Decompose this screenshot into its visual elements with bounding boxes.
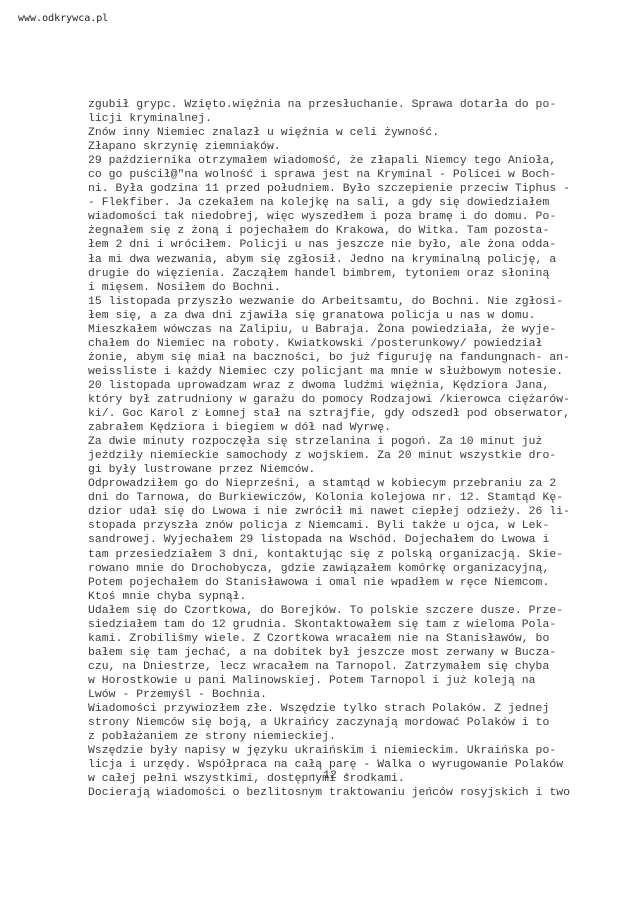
text-line: siedziałem tam do 12 grudnia. Skontaktow… (88, 618, 628, 632)
text-line: 20 listopada uprowadzam wraz z dwoma lud… (88, 379, 628, 393)
text-line: Wiadomości przywiozłem złe. Wszędzie tyl… (88, 702, 628, 716)
text-line: stopada przyszła znów policja z Niemcami… (88, 519, 628, 533)
text-line: dzior udał się do Lwowa i nie zwrócił mi… (88, 505, 628, 519)
text-line: kami. Zrobiliśmy wiele. Z Czortkowa wrac… (88, 632, 628, 646)
text-line: dni do Tarnowa, do Burkiewiczów, Kolonia… (88, 491, 628, 505)
text-line: i mięsem. Nosiłem do Bochni. (88, 281, 628, 295)
text-line: łem się, a za dwa dni zjawiła się granat… (88, 309, 628, 323)
text-line: zgubił grypс. Wzięto.więźnia na przesłuc… (88, 98, 628, 112)
text-line: wiadomości tak niedobrej, więc wyszedłem… (88, 210, 628, 224)
text-line: Docierają wiadomości o bezlitosnym trakt… (88, 786, 628, 800)
text-line: weissliste i każdy Niemiec czy policjant… (88, 365, 628, 379)
text-line: ni. Była godzina 11 przed południem. Był… (88, 182, 628, 196)
site-watermark: www.odkrywca.pl (18, 13, 108, 24)
text-line: tam przesiedziałem 3 dni, kontaktując si… (88, 548, 628, 562)
text-line: Odprowadziłem go do Nieprześni, a stamtą… (88, 477, 628, 491)
text-line: Wszędzie były napisy w języku ukraińskim… (88, 744, 628, 758)
text-line: chałem do Niemiec na roboty. Kwiatkowski… (88, 337, 628, 351)
text-line: Mieszkałem wówczas na Zalipiu, u Babraja… (88, 323, 628, 337)
text-line: Udałem się do Czortkowa, do Borejków. To… (88, 604, 628, 618)
text-line: czu, na Dniestrze, lecz wracałem na Tarn… (88, 660, 628, 674)
text-line: żegnałem się z żoną i pojechałem do Krak… (88, 224, 628, 238)
text-line: drugie do więzienia. Zacząłem handel bim… (88, 267, 628, 281)
text-line: jeździły niemieckie samochody z wojskiem… (88, 449, 628, 463)
typewritten-page-body: zgubił grypс. Wzięto.więźnia na przesłuc… (88, 98, 628, 800)
text-line: Potem pojechałem do Stanisławowa i omal … (88, 576, 628, 590)
text-line: strony Niemców się boją, a Ukraińcy zacz… (88, 716, 628, 730)
text-line: Za dwie minuty rozpoczęła się strzelanin… (88, 435, 628, 449)
text-line: Ktoś mnie chyba sypnął. (88, 590, 628, 604)
text-line: sandrowej. Wyjechałem 29 listopada na Ws… (88, 533, 628, 547)
text-line: ła mi dwa wezwania, abym się zgłosił. Je… (88, 253, 628, 267)
text-line: w Horostkowie u pani Malinowskiej. Potem… (88, 674, 628, 688)
text-line: - Flekfiber. Ja czekałem na kolejkę na s… (88, 196, 628, 210)
text-line: licji kryminalnej. (88, 112, 628, 126)
text-line: łem 2 dni i wróciłem. Policji u nas jesz… (88, 238, 628, 252)
text-line: ki/. Goc Karol z Łomnej stał na sztrajfi… (88, 407, 628, 421)
page-number: - 12 - (0, 770, 640, 782)
text-line: 15 listopada przyszło wezwanie do Arbeit… (88, 295, 628, 309)
text-line: z pobłażaniem ze strony niemieckiej. (88, 730, 628, 744)
text-line: rowano mnie do Drochobycza, gdzie zawiąz… (88, 562, 628, 576)
text-line: Złapano skrzynię ziemniaków. (88, 140, 628, 154)
text-line: gi były lustrowane przez Niemców. (88, 463, 628, 477)
text-line: zabrałem Kędziora i biegiem w dół nad Wy… (88, 421, 628, 435)
text-line: żonie, abym się miał na baczności, bo ju… (88, 351, 628, 365)
text-line: co go puścił@"na wolność i sprawa jest n… (88, 168, 628, 182)
text-line: 29 października otrzymałem wiadomość, że… (88, 154, 628, 168)
text-line: Znów inny Niemiec znalazł u więźnia w ce… (88, 126, 628, 140)
text-line: Lwów - Przemyśl - Bochnia. (88, 688, 628, 702)
text-line: który był zatrudniony w garażu do pomocy… (88, 393, 628, 407)
text-line: bałem się tam jechać, a na dobitek był j… (88, 646, 628, 660)
